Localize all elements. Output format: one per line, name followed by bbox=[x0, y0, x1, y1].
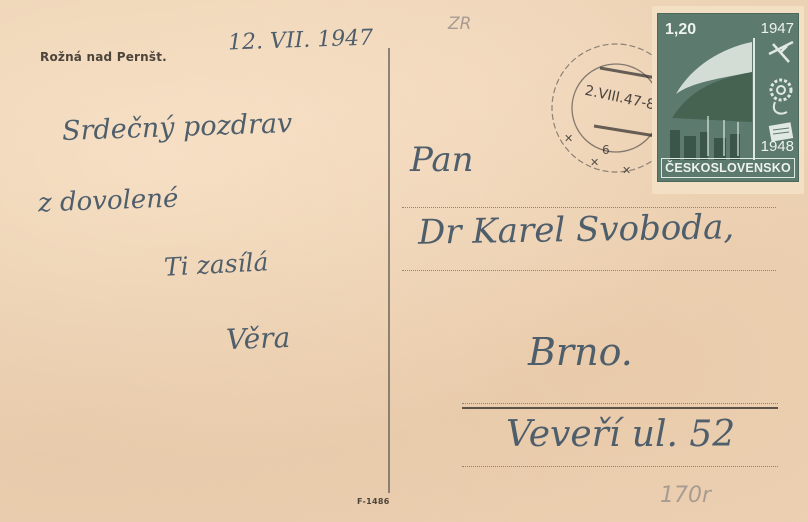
pencil-mark-bottom: 170r bbox=[660, 483, 711, 508]
message-line-3: Ti zasílá bbox=[163, 247, 269, 281]
postmark-code: 6 bbox=[602, 143, 610, 157]
postmark-date: 2.VIII.47-8 bbox=[583, 83, 656, 114]
stamp-year-end: 1948 bbox=[761, 138, 794, 155]
message-line-4-signature: Věra bbox=[225, 321, 290, 356]
message-line-1: Srdečný pozdrav bbox=[62, 108, 293, 147]
message-line-2: z dovolené bbox=[38, 184, 179, 219]
address-line-2 bbox=[402, 270, 776, 271]
address-street: Veveří ul. 52 bbox=[506, 414, 735, 455]
pencil-mark-top: ZR bbox=[448, 14, 471, 34]
handwritten-date: 12. VII. 1947 bbox=[228, 25, 374, 55]
flag-factory-icon bbox=[662, 38, 772, 160]
svg-text:✕: ✕ bbox=[564, 132, 573, 145]
address-line-4 bbox=[462, 466, 778, 467]
center-divider bbox=[388, 48, 390, 493]
address-name: Dr Karel Svoboda, bbox=[418, 207, 735, 253]
address-salutation: Pan bbox=[410, 140, 474, 180]
address-line-3-solid bbox=[462, 407, 778, 409]
postage-stamp: 1,20 1947 bbox=[652, 6, 804, 194]
printed-place-name: Rožná nad Pernšt. bbox=[40, 50, 167, 64]
stamp-year-start: 1947 bbox=[761, 20, 794, 37]
address-line-3-dotted bbox=[462, 403, 778, 404]
stamp-country: ČESKOSLOVENSKO bbox=[661, 158, 795, 178]
svg-text:✕: ✕ bbox=[590, 156, 599, 169]
printed-card-code: F-1486 bbox=[357, 497, 390, 506]
address-city: Brno. bbox=[528, 330, 633, 374]
postmark-cancellation: 2.VIII.47-8 6 ✕ ✕ ✕ bbox=[550, 38, 668, 178]
stamp-value: 1,20 bbox=[665, 21, 696, 39]
svg-text:✕: ✕ bbox=[622, 164, 631, 177]
